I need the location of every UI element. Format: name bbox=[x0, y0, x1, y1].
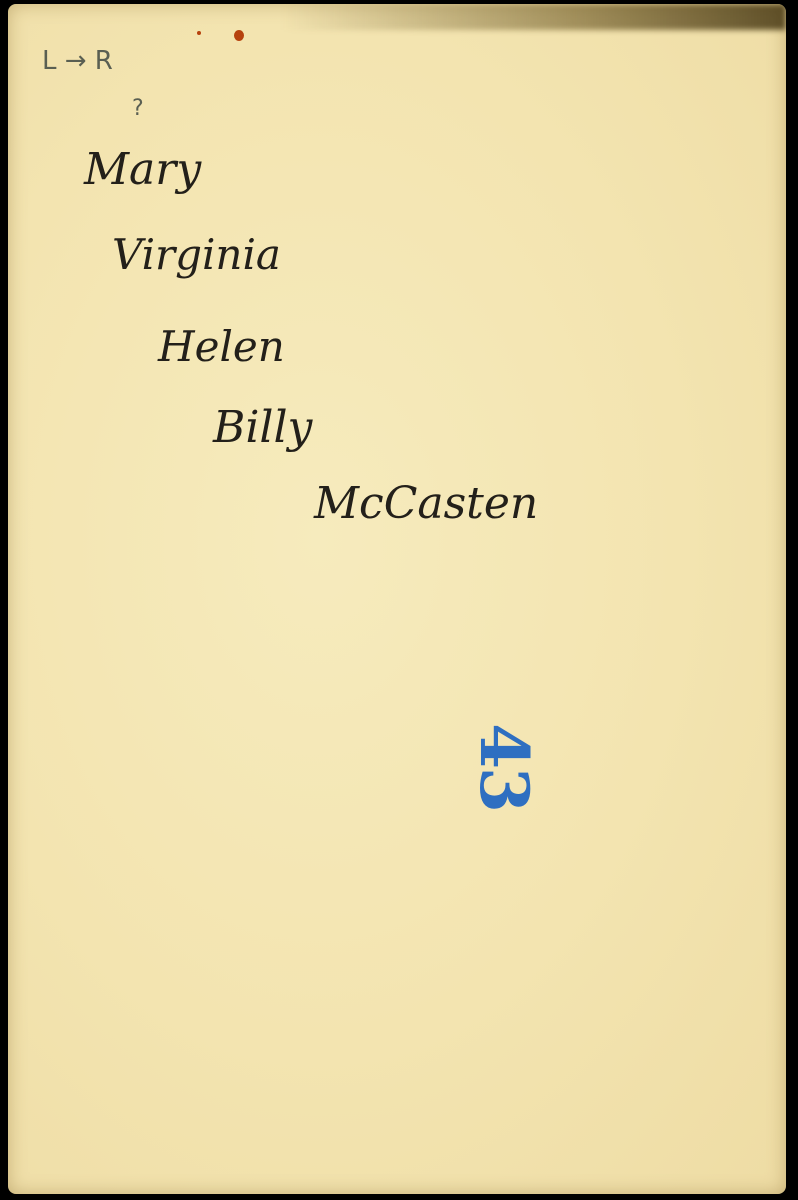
direction-note: L → R bbox=[42, 46, 113, 76]
name-helen: Helen bbox=[158, 322, 285, 371]
name-mccasten: McCasten bbox=[314, 478, 538, 529]
red-stain-dot bbox=[197, 31, 201, 35]
name-billy: Billy bbox=[213, 402, 312, 453]
photo-card-back: L → R ? Mary Virginia Helen Billy McCast… bbox=[8, 4, 786, 1194]
stamped-number: 43 bbox=[465, 723, 543, 811]
red-stain-mark bbox=[234, 30, 244, 41]
question-mark-note: ? bbox=[132, 96, 144, 121]
name-virginia: Virginia bbox=[112, 230, 281, 279]
top-edge-shadow bbox=[8, 4, 786, 30]
name-mary: Mary bbox=[84, 144, 201, 195]
